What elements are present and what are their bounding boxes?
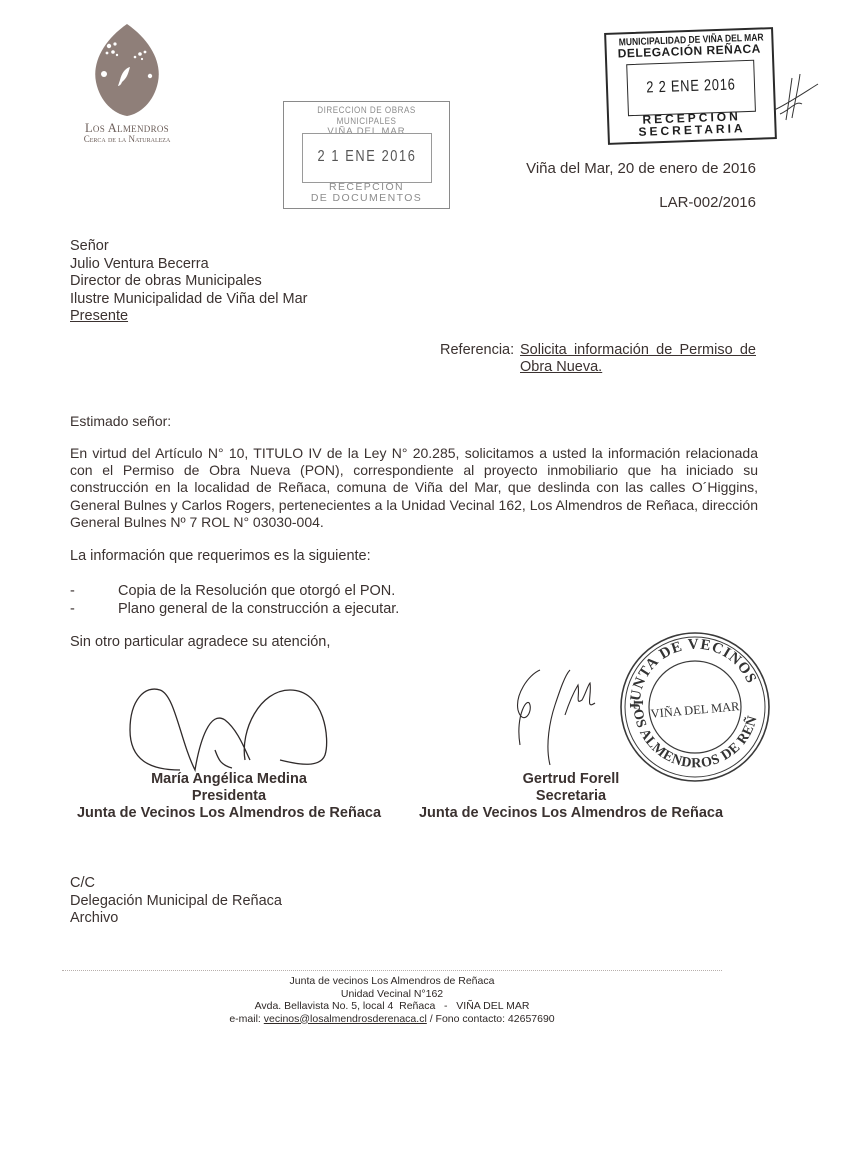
list-bullet: -: [70, 601, 118, 619]
cc-recipient: Delegación Municipal de Reñaca: [70, 893, 282, 911]
almond-leaf-icon: [92, 22, 162, 118]
reference-block: Referencia:Solicita información de Permi…: [440, 342, 756, 376]
reference-label: Referencia:: [440, 342, 520, 359]
list-item: -Copia de la Resolución que otorgó el PO…: [70, 583, 399, 601]
logo-tagline: Cerca de la Naturaleza: [62, 134, 192, 144]
reference-text: Solicita información de Permiso de Obra …: [520, 342, 756, 375]
signatory-organization: Junta de Vecinos Los Almendros de Reñaca: [406, 805, 736, 822]
stamp-date-box: 2 1 ENE 2016: [302, 133, 432, 183]
signatory-role: Presidenta: [64, 788, 394, 805]
body-paragraph: En virtud del Artículo N° 10, TITULO IV …: [70, 445, 758, 531]
reference-value: Solicita información de Permiso de Obra …: [520, 342, 756, 376]
footer-email-link[interactable]: vecinos@losalmendrosderenaca.cl: [264, 1013, 427, 1025]
stamp-date: 2 2 ENE 2016: [640, 76, 741, 98]
seal-center: VIÑA DEL MAR: [650, 699, 741, 721]
letterhead-footer: Junta de vecinos Los Almendros de Reñaca…: [62, 975, 722, 1025]
obras-reception-stamp: DIRECCION DE OBRAS MUNICIPALES VIÑA DEL …: [283, 101, 450, 209]
recipient-salutation: Señor: [70, 238, 308, 256]
stamp-footer: RECEPCION SECRETARIA: [609, 109, 775, 139]
signature-medina-icon: [120, 680, 335, 780]
signature-forell-icon: [500, 655, 610, 770]
organization-logo: Los Almendros Cerca de la Naturaleza: [62, 22, 192, 144]
signatory-name: Gertrud Forell: [406, 771, 736, 788]
footer-phone-label: / Fono contacto:: [430, 1013, 505, 1025]
recipient-presente: Presente: [70, 308, 308, 326]
signatory-role: Secretaria: [406, 788, 736, 805]
recipient-block: Señor Julio Ventura Becerra Director de …: [70, 238, 308, 326]
footer-divider: [62, 970, 722, 971]
closing: Sin otro particular agradece su atención…: [70, 634, 330, 650]
reference-code: LAR-002/2016: [659, 194, 756, 211]
cc-recipient: Archivo: [70, 910, 282, 928]
cc-block: C/C Delegación Municipal de Reñaca Archi…: [70, 875, 282, 928]
footer-email-label: e-mail:: [229, 1013, 261, 1025]
stamp-date-box: 2 2 ENE 2016: [626, 60, 756, 116]
footer-contact: e-mail: vecinos@losalmendrosderenaca.cl …: [62, 1013, 722, 1026]
list-item-text: Copia de la Resolución que otorgó el PON…: [118, 583, 395, 599]
logo-name: Los Almendros: [62, 122, 192, 134]
recipient-name: Julio Ventura Becerra: [70, 256, 308, 274]
stamp-line: DE DOCUMENTOS: [284, 193, 449, 204]
signatory-organization: Junta de Vecinos Los Almendros de Reñaca: [64, 805, 394, 822]
footer-phone: 42657690: [508, 1013, 555, 1025]
recipient-title: Director de obras Municipales: [70, 273, 308, 291]
greeting: Estimado señor:: [70, 413, 171, 429]
list-bullet: -: [70, 583, 118, 601]
signatory-name: María Angélica Medina: [64, 771, 394, 788]
signatory-secretary: Gertrud Forell Secretaria Junta de Vecin…: [406, 771, 736, 822]
footer-org: Junta de vecinos Los Almendros de Reñaca: [62, 975, 722, 988]
footer-unit: Unidad Vecinal N°162: [62, 988, 722, 1001]
recipient-organization: Ilustre Municipalidad de Viña del Mar: [70, 291, 308, 309]
stamp-line: DIRECCION DE OBRAS MUNICIPALES: [296, 105, 436, 127]
stamp-date: 2 1 ENE 2016: [316, 148, 418, 166]
junta-vecinos-seal-icon: JUNTA DE VECINOS LOS ALMENDROS DE REÑACA…: [618, 630, 773, 785]
list-item: -Plano general de la construcción a ejec…: [70, 601, 399, 619]
delegacion-reception-stamp: MUNICIPALIDAD DE VIÑA DEL MAR DELEGACIÓN…: [604, 27, 777, 145]
requirements-intro: La información que requerimos es la sigu…: [70, 548, 371, 564]
initials-scribble-icon: [772, 70, 822, 130]
cc-label: C/C: [70, 875, 282, 893]
list-item-text: Plano general de la construcción a ejecu…: [118, 601, 399, 617]
requirements-list: -Copia de la Resolución que otorgó el PO…: [70, 583, 399, 618]
place-date: Viña del Mar, 20 de enero de 2016: [526, 160, 756, 177]
footer-address: Avda. Bellavista No. 5, local 4 Reñaca -…: [62, 1000, 722, 1013]
stamp-footer: RECEPCION DE DOCUMENTOS: [284, 182, 449, 204]
signatory-president: María Angélica Medina Presidenta Junta d…: [64, 771, 394, 822]
